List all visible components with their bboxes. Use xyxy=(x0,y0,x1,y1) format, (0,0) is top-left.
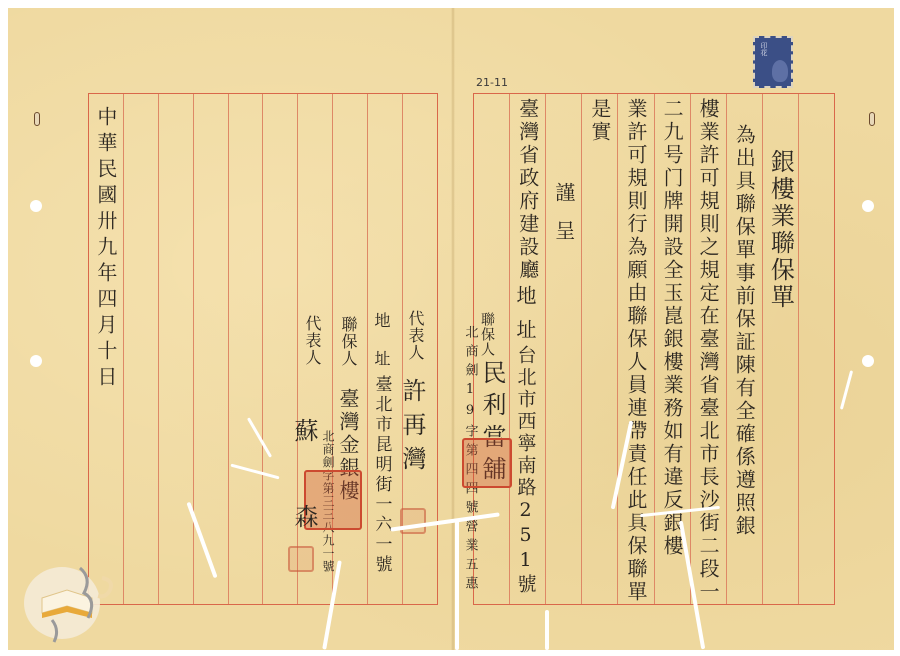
left-col-date: 中華民國卅九年四月十日 xyxy=(89,94,123,604)
paper-crack xyxy=(545,610,549,650)
stamp-text: 印花 xyxy=(759,42,769,56)
right-col-6: 業許可規則行為願由聯保人員連帶責任此具保聯單 xyxy=(617,94,653,604)
shop-seal xyxy=(462,438,512,488)
page-number: 21-11 xyxy=(476,76,508,89)
representative-1-label: 代表人 xyxy=(407,310,423,361)
document-title: 銀樓業聯保單 xyxy=(768,149,792,311)
paper-crack xyxy=(455,520,459,650)
archive-logo-icon xyxy=(22,558,122,646)
body-line-3: 二九号门牌開設全玉崑銀樓業務如有違反銀樓 xyxy=(662,98,682,558)
punch-hole xyxy=(862,200,874,212)
guarantor-2-label: 聯保人 xyxy=(340,316,356,367)
binder-clip-right xyxy=(869,112,875,126)
body-line-1: 為出具聯保單事前保証陳有全確係遵照銀 xyxy=(734,124,754,538)
right-col-title: 銀樓業聯保單 xyxy=(762,94,798,604)
representative-1-name: 許再灣 xyxy=(400,378,424,480)
body-line-2: 樓業許可規則之規定在臺灣省臺北市長沙街二段一 xyxy=(698,98,718,604)
left-col-8 xyxy=(158,94,193,604)
body-line-4: 業許可規則行為願由聯保人員連帶責任此具保聯單 xyxy=(626,98,646,604)
body-line-5: 是實 xyxy=(590,98,610,144)
representative-2-label: 代表人 xyxy=(304,315,320,366)
binder-clip-left xyxy=(34,112,40,126)
guarantor-label: 聯保人 xyxy=(480,312,494,357)
left-col-6 xyxy=(228,94,263,604)
punch-hole xyxy=(30,200,42,212)
guarantor-address-label: 地址 xyxy=(515,285,535,353)
right-col-5: 二九号门牌開設全玉崑銀樓業務如有違反銀樓 xyxy=(654,94,690,604)
punch-hole xyxy=(30,355,42,367)
representative-1-seal xyxy=(400,508,426,534)
right-col-3: 為出具聯保單事前保証陳有全確係遵照銀 xyxy=(726,94,762,604)
right-col-1 xyxy=(798,94,834,604)
right-col-4: 樓業許可規則之規定在臺灣省臺北市長沙街二段一 xyxy=(690,94,726,604)
revenue-stamp: 印花 xyxy=(753,36,793,88)
respectfully-submitted: 謹呈 xyxy=(554,182,574,258)
guarantor-address-value: 台北市西寧南路251號 xyxy=(516,345,535,596)
right-col-7: 是實 xyxy=(581,94,617,604)
punch-hole xyxy=(862,355,874,367)
addressee: 臺灣省政府建設廳 xyxy=(518,98,538,282)
address-2-value: 臺北市昆明街一六一號 xyxy=(373,375,390,575)
portrait-icon xyxy=(772,60,788,82)
representative-2-seal xyxy=(288,546,314,572)
document-date: 中華民國卅九年四月十日 xyxy=(96,106,116,392)
right-col-8: 謹呈 xyxy=(545,94,581,604)
left-col-9 xyxy=(123,94,158,604)
